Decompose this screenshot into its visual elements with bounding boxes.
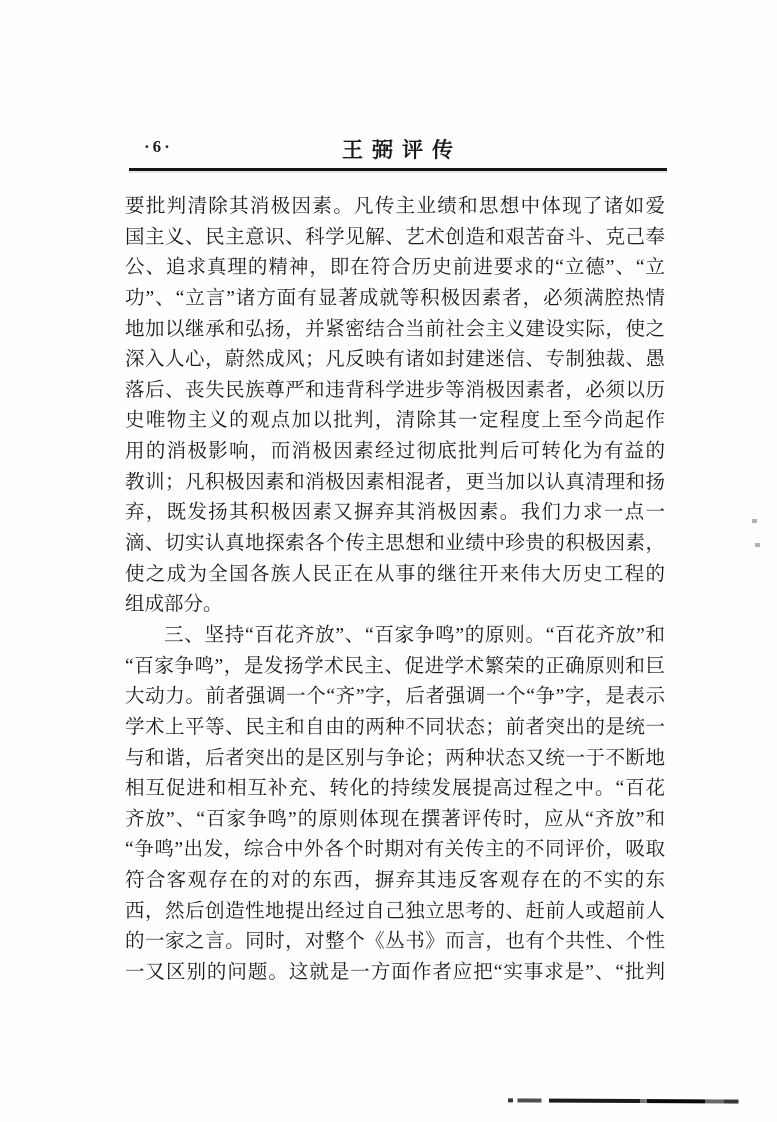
text-line: 的一家之言。同时，对整个《丛书》而言，也有个共性、个性又统 (125, 927, 665, 958)
text-line: “百家争鸣”，是发扬学术民主、促进学术繁荣的正确原则和巨 (125, 652, 665, 683)
text-line: 国主义、民主意识、科学见解、艺术创造和艰苦奋斗、克己奉 (125, 223, 665, 254)
text-line: “争鸣”出发，综合中外各个时期对有关传主的不同评价，吸取 (125, 835, 665, 866)
text-line: 西，然后创造性地提出经过自己独立思考的、赶前人或超前人 (125, 897, 665, 928)
text-line: 使之成为全国各族人民正在从事的继往开来伟大历史工程的 (125, 560, 665, 591)
text-line: 三、坚持“百花齐放”、“百家争鸣”的原则。“百花齐放”和 (125, 621, 665, 652)
text-line: 落后、丧失民族尊严和违背科学进步等消极因素者，必须以历 (125, 376, 665, 407)
page-body: 要批判清除其消极因素。凡传主业绩和思想中体现了诸如爱国主义、民主意识、科学见解、… (125, 192, 665, 989)
text-line: 功”、“立言”诸方面有显著成就等积极因素者，必须满腔热情 (125, 284, 665, 315)
text-line: 地加以继承和弘扬，并紧密结合当前社会主义建设实际，使之 (125, 315, 665, 346)
text-line: 组成部分。 (125, 590, 665, 621)
text-line: 弃，既发扬其积极因素又摒弃其消极因素。我们力求一点一 (125, 498, 665, 529)
header-rule (129, 168, 667, 171)
text-line: 一又区别的问题。这就是一方面作者应把“实事求是”、“批判 (125, 958, 665, 989)
text-line: 符合客观存在的对的东西，摒弃其违反客观存在的不实的东 (125, 866, 665, 897)
scan-artifact-streak (508, 1098, 748, 1103)
text-line: 滴、切实认真地探索各个传主思想和业绩中珍贵的积极因素， (125, 529, 665, 560)
book-page: ·6· 王弼评传 要批判清除其消极因素。凡传主业绩和思想中体现了诸如爱国主义、民… (0, 0, 777, 1122)
text-line: 与和谐，后者突出的是区别与争论；两种状态又统一于不断地 (125, 744, 665, 775)
text-line: 相互促进和相互补充、转化的持续发展提高过程之中。“百花 (125, 774, 665, 805)
text-line: 要批判清除其消极因素。凡传主业绩和思想中体现了诸如爱 (125, 192, 665, 223)
scan-artifact-speck (752, 519, 757, 523)
text-line: 深入人心，蔚然成风；凡反映有诸如封建迷信、专制独裁、愚昧 (125, 345, 665, 376)
text-line: 学术上平等、民主和自由的两种不同状态；前者突出的是统一 (125, 713, 665, 744)
text-line: 大动力。前者强调一个“齐”字，后者强调一个“争”字，是表示 (125, 682, 665, 713)
text-line: 用的消极影响，而消极因素经过彻底批判后可转化为有益的 (125, 437, 665, 468)
text-line: 史唯物主义的观点加以批判，清除其一定程度上至今尚起作 (125, 406, 665, 437)
text-line: 教训；凡积极因素和消极因素相混者，更当加以认真清理和扬 (125, 468, 665, 499)
text-line: 齐放”、“百家争鸣”的原则体现在撰著评传时，应从“齐放”和 (125, 805, 665, 836)
text-line: 公、追求真理的精神，即在符合历史前进要求的“立德”、“立 (125, 253, 665, 284)
scan-artifact-speck (755, 543, 760, 547)
page-title: 王弼评传 (129, 134, 666, 164)
